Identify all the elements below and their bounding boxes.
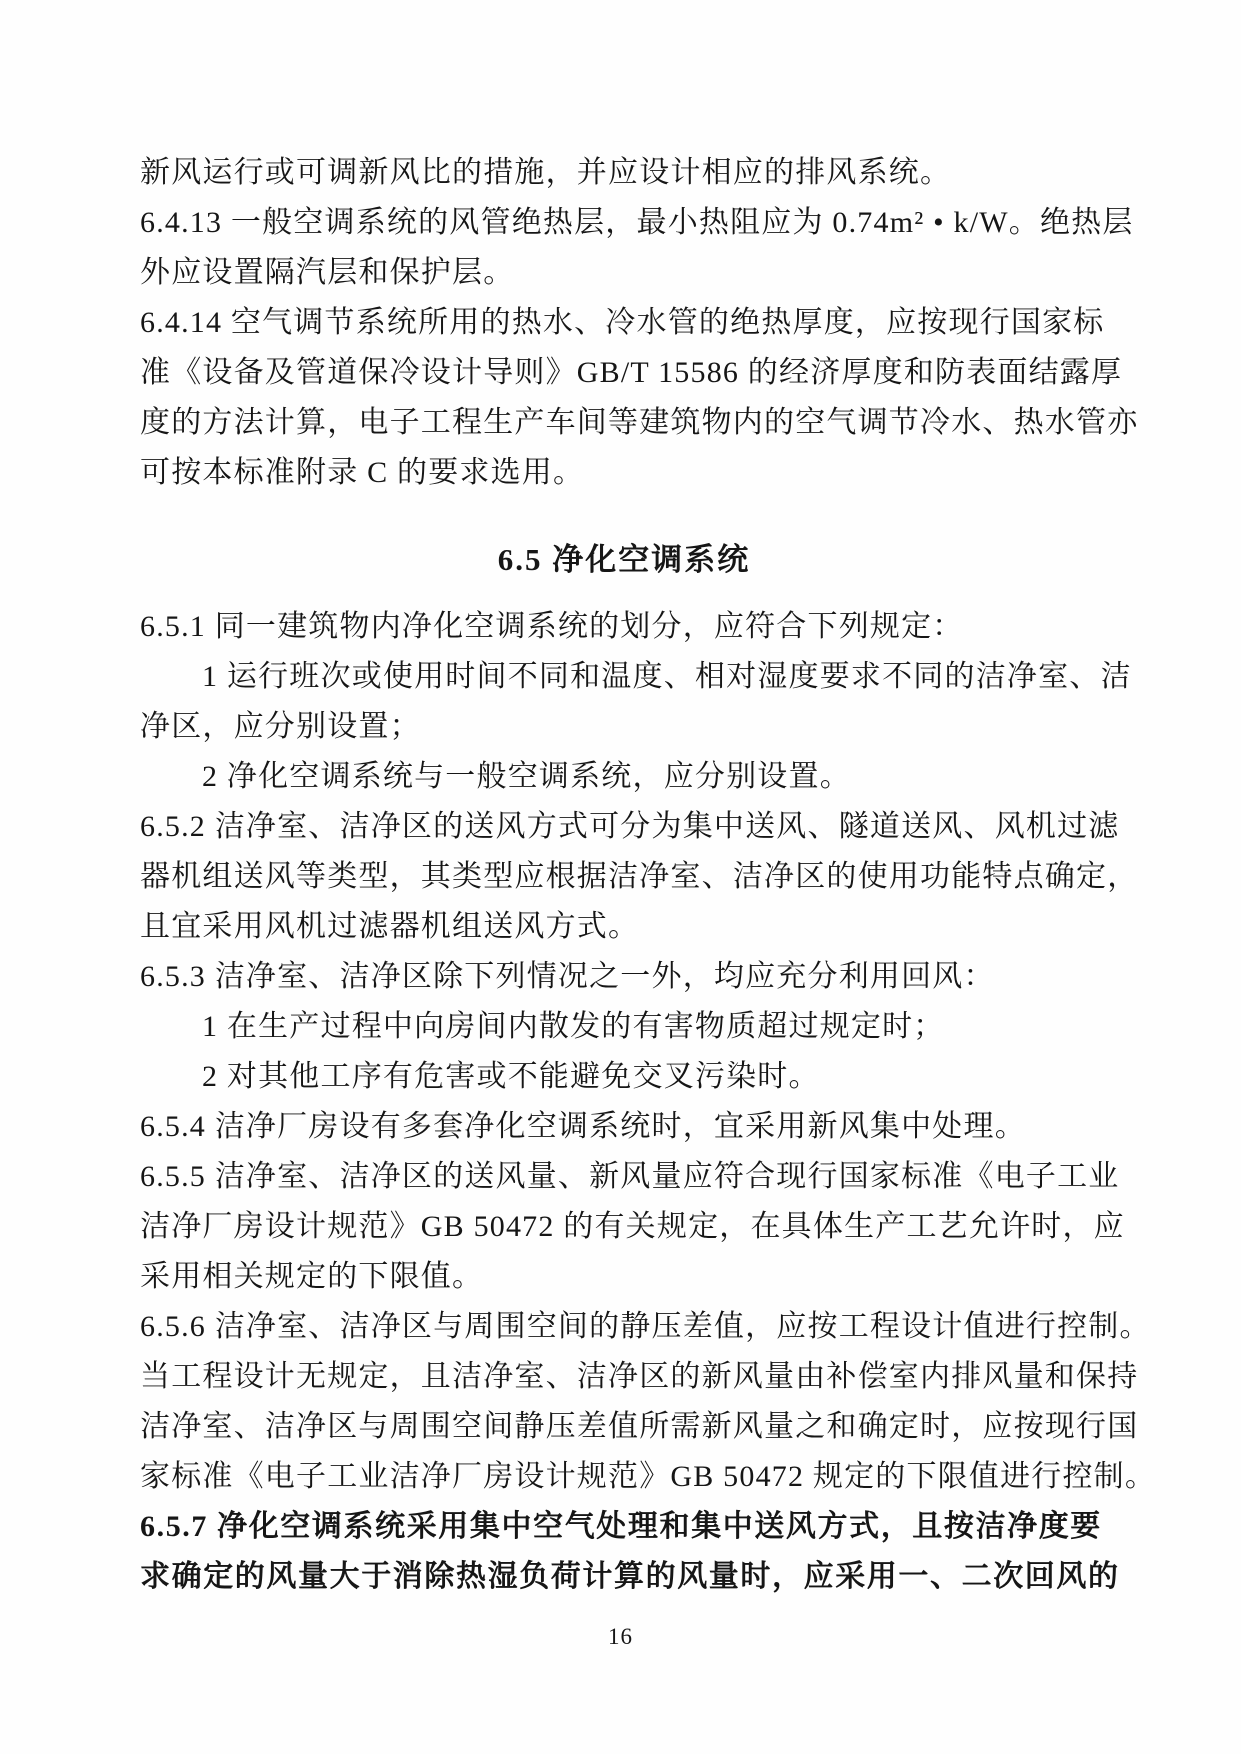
paragraph-line: 净区，应分别设置； [140, 702, 1108, 752]
document-page: 新风运行或可调新风比的措施，并应设计相应的排风系统。 6.4.13 一般空调系统… [0, 0, 1241, 1754]
paragraph-line: 洁净室、洁净区与周围空间静压差值所需新风量之和确定时，应按现行国 [140, 1402, 1108, 1452]
clause-6-5-7-line: 6.5.7 净化空调系统采用集中空气处理和集中送风方式，且按洁净度要 [140, 1502, 1108, 1552]
paragraph-line: 度的方法计算，电子工程生产车间等建筑物内的空气调节冷水、热水管亦 [140, 398, 1108, 448]
clause-6-5-1-line: 6.5.1 同一建筑物内净化空调系统的划分，应符合下列规定： [140, 602, 1108, 652]
paragraph-line: 且宜采用风机过滤器机组送风方式。 [140, 902, 1108, 952]
list-item-line: 1 在生产过程中向房间内散发的有害物质超过规定时； [140, 1002, 1108, 1052]
paragraph-line: 采用相关规定的下限值。 [140, 1252, 1108, 1302]
clause-6-5-5-line: 6.5.5 洁净室、洁净区的送风量、新风量应符合现行国家标准《电子工业 [140, 1152, 1108, 1202]
clause-6-5-2-line: 6.5.2 洁净室、洁净区的送风方式可分为集中送风、隧道送风、风机过滤 [140, 802, 1108, 852]
list-item-line: 2 对其他工序有危害或不能避免交叉污染时。 [140, 1052, 1108, 1102]
section-heading-6-5: 6.5 净化空调系统 [140, 535, 1108, 585]
list-item-line: 2 净化空调系统与一般空调系统，应分别设置。 [140, 752, 1108, 802]
paragraph-line: 家标准《电子工业洁净厂房设计规范》GB 50472 规定的下限值进行控制。 [140, 1452, 1108, 1502]
document-body: 新风运行或可调新风比的措施，并应设计相应的排风系统。 6.4.13 一般空调系统… [140, 148, 1108, 1602]
paragraph-line: 准《设备及管道保冷设计导则》GB/T 15586 的经济厚度和防表面结露厚 [140, 348, 1108, 398]
clause-6-4-14-line: 6.4.14 空气调节系统所用的热水、冷水管的绝热厚度，应按现行国家标 [140, 298, 1108, 348]
clause-6-5-3-line: 6.5.3 洁净室、洁净区除下列情况之一外，均应充分利用回风： [140, 952, 1108, 1002]
paragraph-line: 可按本标准附录 C 的要求选用。 [140, 448, 1108, 498]
page-number: 16 [608, 1624, 633, 1649]
clause-6-5-4-line: 6.5.4 洁净厂房设有多套净化空调系统时，宜采用新风集中处理。 [140, 1102, 1108, 1152]
paragraph-line: 洁净厂房设计规范》GB 50472 的有关规定，在具体生产工艺允许时，应 [140, 1202, 1108, 1252]
paragraph-line: 外应设置隔汽层和保护层。 [140, 248, 1108, 298]
clause-6-5-6-line: 6.5.6 洁净室、洁净区与周围空间的静压差值，应按工程设计值进行控制。 [140, 1302, 1108, 1352]
paragraph-line: 新风运行或可调新风比的措施，并应设计相应的排风系统。 [140, 148, 1108, 198]
page-footer: 16 [0, 1622, 1241, 1652]
paragraph-line: 器机组送风等类型，其类型应根据洁净室、洁净区的使用功能特点确定， [140, 852, 1108, 902]
paragraph-line: 当工程设计无规定，且洁净室、洁净区的新风量由补偿室内排风量和保持 [140, 1352, 1108, 1402]
clause-6-4-13-line: 6.4.13 一般空调系统的风管绝热层，最小热阻应为 0.74m² • k/W。… [140, 198, 1108, 248]
paragraph-line: 求确定的风量大于消除热湿负荷计算的风量时，应采用一、二次回风的 [140, 1552, 1108, 1602]
list-item-line: 1 运行班次或使用时间不同和温度、相对湿度要求不同的洁净室、洁 [140, 652, 1108, 702]
